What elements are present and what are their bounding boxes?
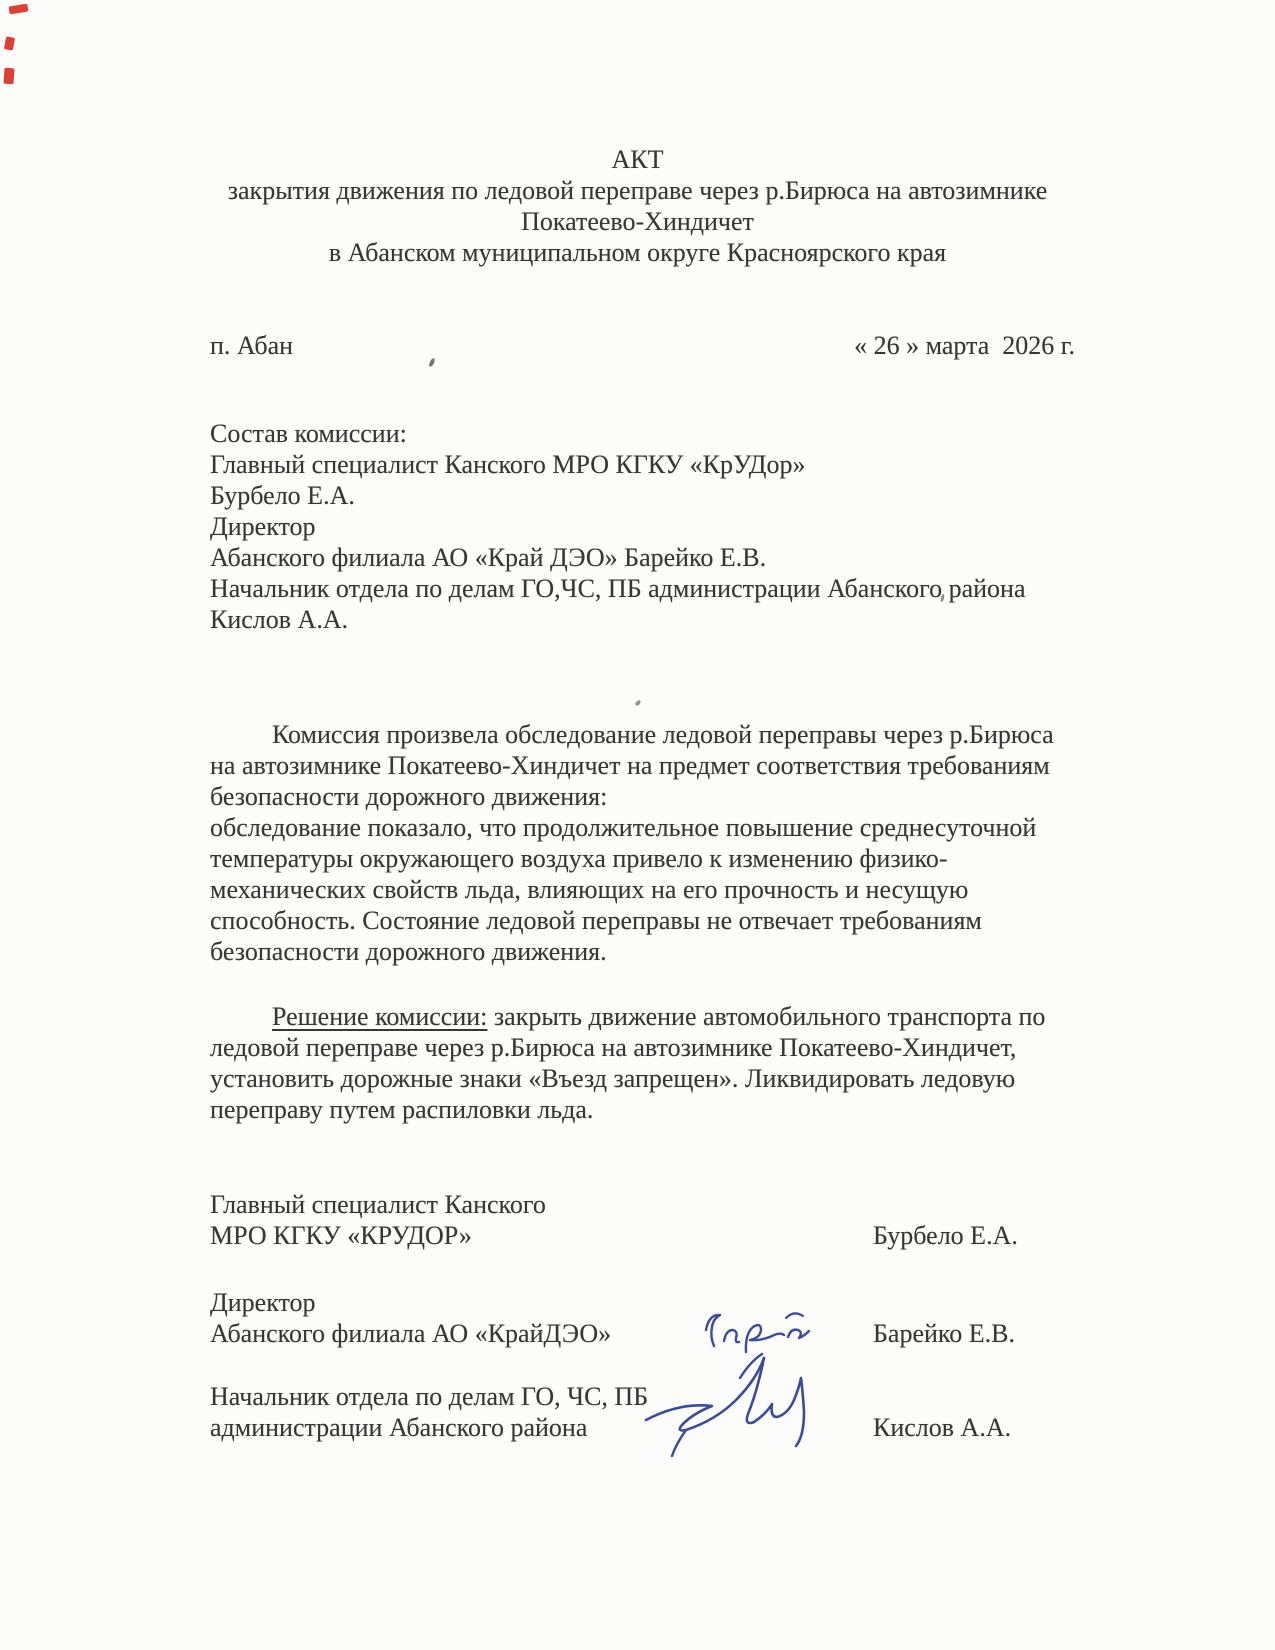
commission-line: Абанского филиала АО «Край ДЭО» Барейко …	[210, 542, 1110, 573]
document-place: п. Абан	[210, 330, 293, 361]
title-line: АКТ	[0, 144, 1275, 175]
signature-block-bareiko: Директор Абанского филиала АО «КрайДЭО» …	[210, 1287, 1210, 1349]
decision-heading: Решение комиссии:	[272, 1002, 487, 1031]
paragraph-line: безопасности дорожного движения:	[210, 781, 1110, 812]
document-page: АКТ закрытия движения по ледовой перепра…	[0, 0, 1275, 1650]
paragraph-line: способность. Состояние ледовой переправы…	[210, 905, 1110, 936]
signer-role: администрации Абанского района	[210, 1412, 1210, 1443]
commission-line: Бурбело Е.А.	[210, 480, 1110, 511]
signer-role: Абанского филиала АО «КрайДЭО»	[210, 1318, 1210, 1349]
red-pen-mark	[4, 36, 15, 50]
signer-name: Кислов А.А.	[873, 1412, 1011, 1443]
signer-role: Директор	[210, 1287, 1210, 1318]
paragraph-line: установить дорожные знаки «Въезд запреще…	[210, 1063, 1110, 1094]
paragraph-line: механических свойств льда, влияющих на е…	[210, 874, 1110, 905]
title-line: закрытия движения по ледовой переправе ч…	[0, 175, 1275, 206]
commission-list: Состав комиссии: Главный специалист Канс…	[210, 418, 1110, 635]
paragraph-line: обследование показало, что продолжительн…	[210, 812, 1110, 843]
place-date-line: п. Абан « 26 » марта 2026 г.	[210, 330, 1075, 361]
paragraph-line: переправу путем распиловки льда.	[210, 1094, 1110, 1125]
signer-name: Бурбело Е.А.	[873, 1220, 1018, 1251]
paragraph-line: Комиссия произвела обследование ледовой …	[210, 719, 1110, 750]
red-pen-mark	[8, 4, 28, 15]
signer-role: Главный специалист Канского	[210, 1189, 1210, 1220]
red-pen-mark	[3, 68, 14, 85]
inspection-paragraph: Комиссия произвела обследование ледовой …	[210, 719, 1110, 967]
signer-role: МРО КГКУ «КРУДОР»	[210, 1220, 1210, 1251]
signature-block-kislov: Начальник отдела по делам ГО, ЧС, ПБ адм…	[210, 1381, 1210, 1443]
paragraph-line: на автозимнике Покатеево-Хиндичет на пре…	[210, 750, 1110, 781]
document-date: « 26 » марта 2026 г.	[854, 330, 1075, 361]
commission-line: Кислов А.А.	[210, 604, 1110, 635]
paragraph-line: ледовой переправе через р.Бирюса на авто…	[210, 1032, 1110, 1063]
document-title: АКТ закрытия движения по ледовой перепра…	[0, 144, 1275, 268]
title-line: в Абанском муниципальном округе Краснояр…	[0, 237, 1275, 268]
title-line: Покатеево-Хиндичет	[0, 206, 1275, 237]
commission-line: Главный специалист Канского МРО КГКУ «Кр…	[210, 449, 1110, 480]
commission-line: Состав комиссии:	[210, 418, 1110, 449]
paragraph-line: безопасности дорожного движения.	[210, 936, 1110, 967]
signer-role: Начальник отдела по делам ГО, ЧС, ПБ	[210, 1381, 1210, 1412]
paragraph-line: температуры окружающего воздуха привело …	[210, 843, 1110, 874]
signature-block-burbelo: Главный специалист Канского МРО КГКУ «КР…	[210, 1189, 1210, 1251]
commission-line: Начальник отдела по делам ГО,ЧС, ПБ адми…	[210, 573, 1110, 604]
decision-paragraph: Решение комиссии: закрыть движение автом…	[210, 1001, 1110, 1125]
decision-text: закрыть движение автомобильного транспор…	[487, 1002, 1045, 1031]
paragraph-line: Решение комиссии: закрыть движение автом…	[210, 1001, 1110, 1032]
signer-name: Барейко Е.В.	[873, 1318, 1015, 1349]
commission-line: Директор	[210, 511, 1110, 542]
scan-artifact	[635, 699, 642, 706]
